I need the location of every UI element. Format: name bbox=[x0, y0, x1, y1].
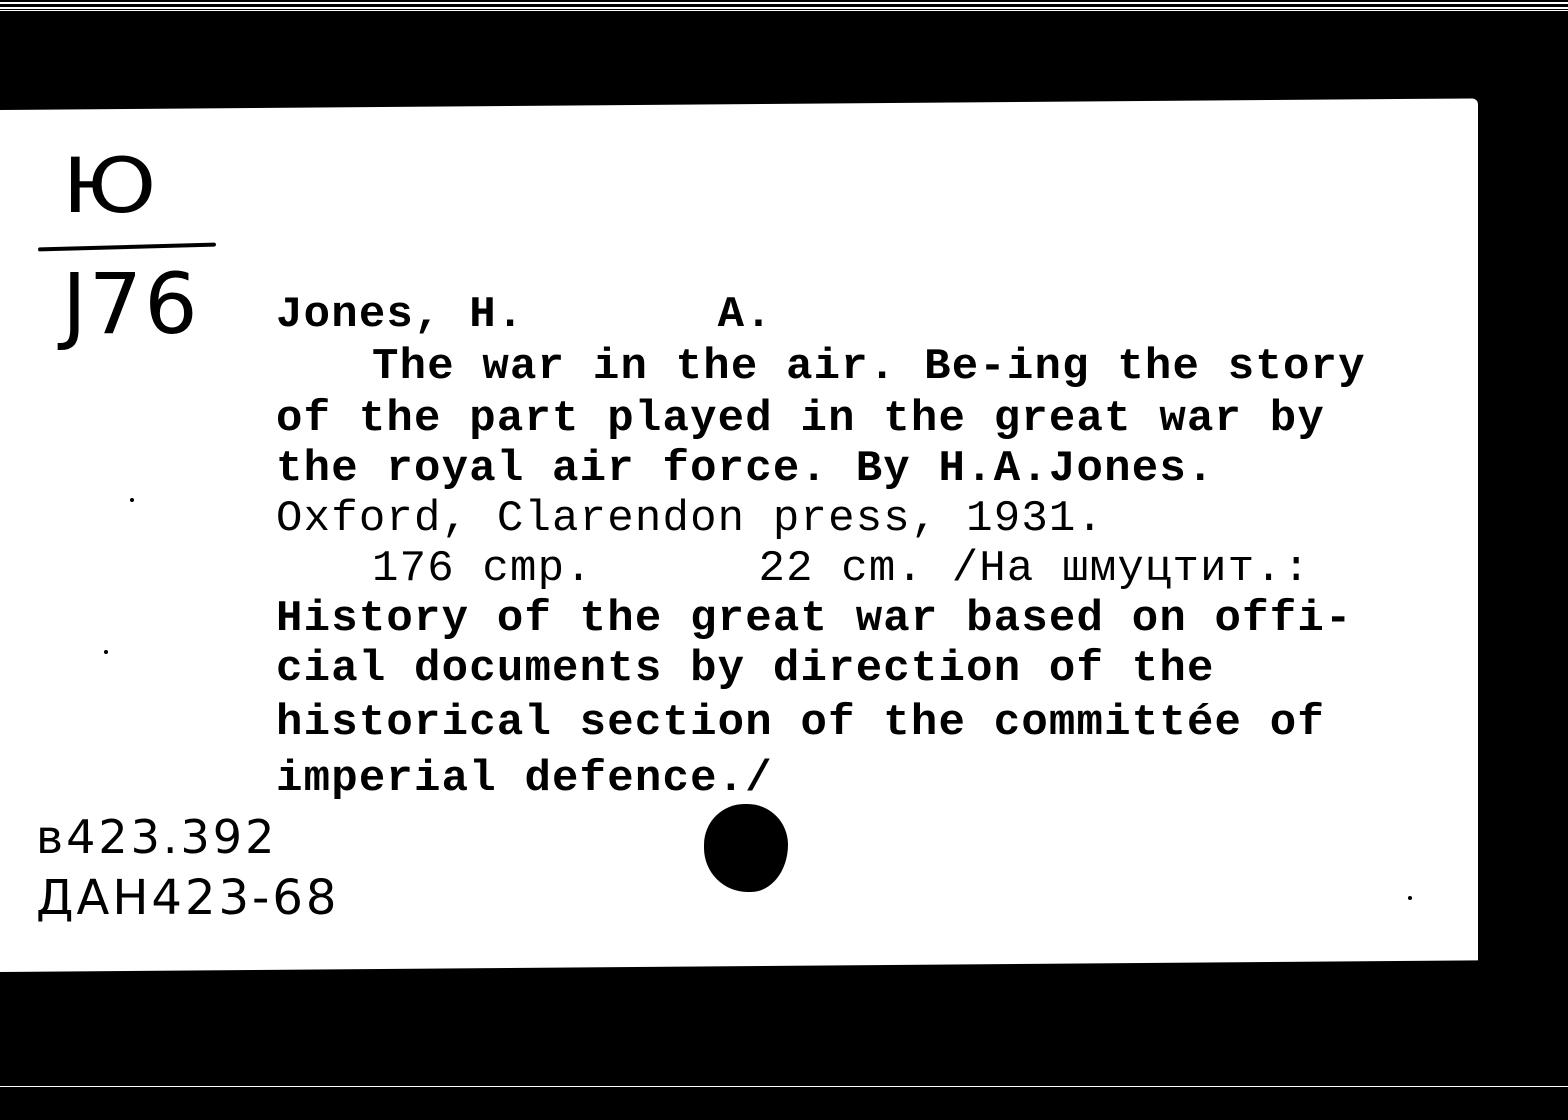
catalog-card-content: Ю J76 Jones, H. A. The war in the air. B… bbox=[0, 110, 1478, 972]
series-note-line: historical section of the committée of bbox=[276, 698, 1325, 748]
scan-edge-line bbox=[0, 10, 1568, 11]
title-line: The war in the air. Be-ing the story bbox=[372, 342, 1366, 392]
title-line: the royal air force. By H.A.Jones. bbox=[276, 444, 1215, 494]
scan-edge-line bbox=[0, 2, 1568, 4]
call-number-top: Ю bbox=[62, 148, 154, 224]
classification-number: в423.392 bbox=[36, 810, 277, 864]
inventory-number: ДАН423-68 bbox=[36, 870, 339, 926]
call-number-divider bbox=[38, 243, 216, 252]
title-line: of the part played in the great war by bbox=[276, 394, 1325, 444]
collation: 176 cmp. 22 cm. /На шмуцтит.: bbox=[372, 544, 1311, 594]
call-number-bottom: J76 bbox=[62, 262, 200, 346]
catalog-card: Ю J76 Jones, H. A. The war in the air. B… bbox=[0, 98, 1478, 972]
punch-hole-icon bbox=[704, 804, 788, 892]
scan-edge-line bbox=[0, 7, 1568, 9]
series-note-line: imperial defence./ bbox=[276, 754, 773, 804]
ink-speck bbox=[1408, 896, 1412, 900]
imprint: Oxford, Clarendon press, 1931. bbox=[276, 494, 1104, 544]
ink-speck bbox=[104, 650, 108, 654]
author-heading: Jones, H. A. bbox=[276, 290, 773, 340]
ink-speck bbox=[130, 498, 134, 502]
scan-edge-line bbox=[0, 1086, 1568, 1087]
series-note-line: History of the great war based on offi- bbox=[276, 594, 1353, 644]
series-note-line: cial documents by direction of the bbox=[276, 644, 1215, 694]
